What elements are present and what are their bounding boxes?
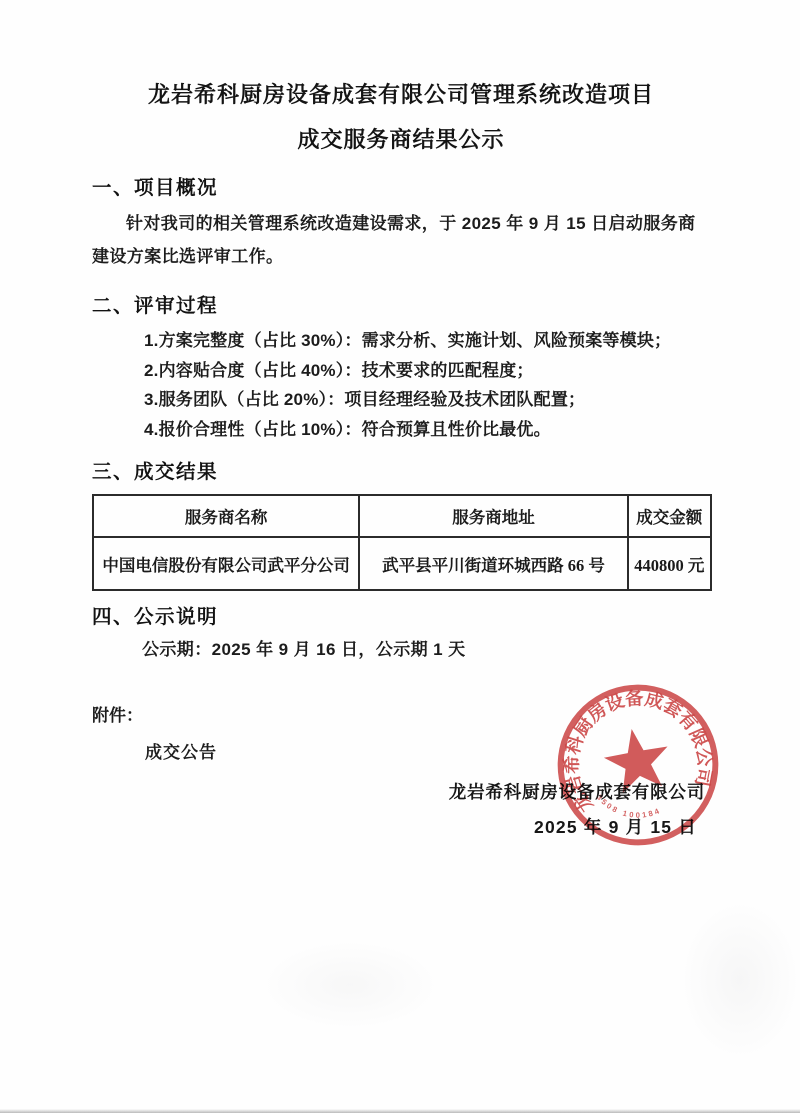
review-criteria-list: 1.方案完整度（占比 30%）：需求分析、实施计划、风险预案等模块； 2.内容贴…: [92, 326, 710, 444]
table-header-row: 服务商名称 服务商地址 成交金额: [93, 495, 711, 537]
column-header-provider-address: 服务商地址: [359, 495, 627, 537]
list-item: 2.内容贴合度（占比 40%）：技术要求的匹配程度；: [92, 356, 710, 386]
table-row: 中国电信股份有限公司武平分公司 武平县平川街道环城西路 66 号 440800 …: [93, 537, 711, 590]
list-item: 4.报价合理性（占比 10%）：符合预算且性价比最优。: [92, 415, 710, 445]
scan-edge-shadow: [0, 1109, 800, 1113]
section-heading-result: 三、成交结果: [92, 459, 710, 485]
scanned-document-page: 龙岩希科厨房设备成套有限公司管理系统改造项目 成交服务商结果公示 一、项目概况 …: [0, 0, 800, 1113]
scan-artifact: [680, 900, 800, 1060]
overview-paragraph: 针对我司的相关管理系统改造建设需求，于 2025 年 9 月 15 日启动服务商…: [92, 207, 710, 273]
company-seal: 龙岩希科厨房设备成套有限公司 3508 100184: [540, 667, 737, 864]
section-heading-notice: 四、公示说明: [92, 604, 710, 630]
seal-star-icon: [600, 723, 674, 795]
seal-code-text-curve: 3508 100184: [594, 783, 663, 827]
section-heading-review: 二、评审过程: [92, 293, 710, 319]
cell-provider-address: 武平县平川街道环城西路 66 号: [359, 537, 627, 590]
company-seal-graphic: 龙岩希科厨房设备成套有限公司 3508 100184: [540, 667, 737, 864]
scan-artifact: [260, 940, 440, 1030]
section-heading-overview: 一、项目概况: [92, 175, 710, 201]
list-item: 1.方案完整度（占比 30%）：需求分析、实施计划、风险预案等模块；: [92, 326, 710, 356]
column-header-deal-amount: 成交金额: [628, 495, 711, 537]
notice-period-text: 公示期：2025 年 9 月 16 日，公示期 1 天: [92, 637, 710, 663]
document-content: 龙岩希科厨房设备成套有限公司管理系统改造项目 成交服务商结果公示 一、项目概况 …: [92, 0, 710, 766]
list-item: 3.服务团队（占比 20%）：项目经理经验及技术团队配置；: [92, 385, 710, 415]
column-header-provider-name: 服务商名称: [93, 495, 359, 537]
cell-deal-amount: 440800 元: [628, 537, 711, 590]
document-title-line2: 成交服务商结果公示: [92, 125, 710, 155]
cell-provider-name: 中国电信股份有限公司武平分公司: [93, 537, 359, 590]
document-title-line1: 龙岩希科厨房设备成套有限公司管理系统改造项目: [92, 0, 710, 110]
result-table: 服务商名称 服务商地址 成交金额 中国电信股份有限公司武平分公司 武平县平川街道…: [92, 494, 712, 591]
